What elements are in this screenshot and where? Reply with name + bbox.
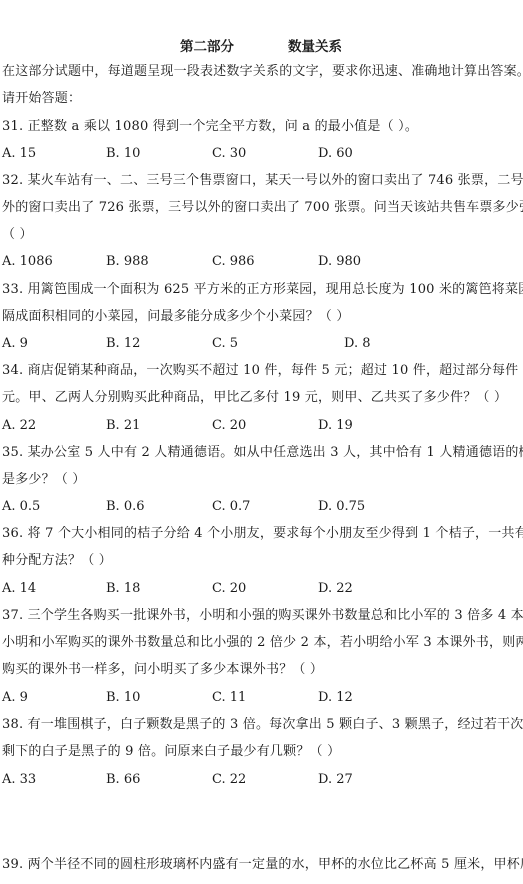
option-b: B. 66 xyxy=(106,772,140,788)
question-text: 34. 商店促销某种商品，一次购买不超过 10 件，每件 5 元；超过 10 件… xyxy=(2,363,523,379)
option-a: A. 33 xyxy=(2,772,36,788)
part-label: 第二部分 xyxy=(180,35,234,55)
option-c: C. 30 xyxy=(212,146,246,162)
option-a: A. 1086 xyxy=(2,254,53,270)
option-a: A. 9 xyxy=(2,690,28,706)
option-b: B. 0.6 xyxy=(106,499,145,515)
question-text: 种分配方法？（ ） xyxy=(2,553,523,569)
option-b: B. 18 xyxy=(106,581,140,597)
option-d: D. 8 xyxy=(344,336,371,352)
option-c: C. 0.7 xyxy=(212,499,250,515)
question-text: 32. 某火车站有一、二、三号三个售票窗口，某天一号以外的窗口卖出了 746 张… xyxy=(2,173,523,189)
question-text: 37. 三个学生各购买一批课外书，小明和小强的购买课外书数量总和比小军的 3 倍… xyxy=(2,608,523,624)
question-text: 39. 两个半径不同的圆柱形玻璃杯内盛有一定量的水，甲杯的水位比乙杯高 5 厘米… xyxy=(2,857,523,873)
option-a: A. 14 xyxy=(2,581,36,597)
option-d: D. 19 xyxy=(318,418,353,434)
option-c: C. 22 xyxy=(212,772,246,788)
question-text: 购买的课外书一样多，问小明买了多少本课外书？（ ） xyxy=(2,662,523,678)
option-d: D. 0.75 xyxy=(318,499,365,515)
option-a: A. 9 xyxy=(2,336,28,352)
intro-line: 在这部分试题中，每道题呈现一段表述数字关系的文字，要求你迅速、准确地计算出答案。 xyxy=(2,64,523,80)
option-c: C. 20 xyxy=(212,418,246,434)
question-text: 剩下的白子是黑子的 9 倍。问原来白子最少有几颗？（ ） xyxy=(2,744,523,760)
option-a: A. 22 xyxy=(2,418,36,434)
question-text: 小明和小军购买的课外书数量总和比小强的 2 倍少 2 本，若小明给小军 3 本课… xyxy=(2,635,523,651)
option-c: C. 20 xyxy=(212,581,246,597)
question-text: 36. 将 7 个大小相同的桔子分给 4 个小朋友，要求每个小朋友至少得到 1 … xyxy=(2,526,523,542)
question-text: 隔成面积相同的小菜园，问最多能分成多少个小菜园？（ ） xyxy=(2,309,523,325)
question-text: 外的窗口卖出了 726 张票，三号以外的窗口卖出了 700 张票。问当天该站共售… xyxy=(2,200,523,216)
option-d: D. 22 xyxy=(318,581,353,597)
option-b: B. 10 xyxy=(106,146,140,162)
option-d: D. 980 xyxy=(318,254,361,270)
question-text: 是多少？（ ） xyxy=(2,472,523,488)
option-d: D. 27 xyxy=(318,772,353,788)
option-a: A. 0.5 xyxy=(2,499,40,515)
intro-line: 请开始答题： xyxy=(2,91,523,107)
option-b: B. 21 xyxy=(106,418,140,434)
option-b: B. 10 xyxy=(106,690,140,706)
section-label: 数量关系 xyxy=(288,35,342,55)
question-text: 35. 某办公室 5 人中有 2 人精通德语。如从中任意选出 3 人，其中恰有 … xyxy=(2,445,523,461)
question-text: 33. 用篱笆围成一个面积为 625 平方米的正方形菜园，现用总长度为 100 … xyxy=(2,282,523,298)
option-d: D. 12 xyxy=(318,690,353,706)
option-a: A. 15 xyxy=(2,146,36,162)
option-d: D. 60 xyxy=(318,146,353,162)
option-b: B. 12 xyxy=(106,336,140,352)
question-text: 31. 正整数 a 乘以 1080 得到一个完全平方数，问 a 的最小值是（ ）… xyxy=(2,119,523,135)
option-b: B. 988 xyxy=(106,254,149,270)
question-text: 38. 有一堆围棋子，白子颗数是黑子的 3 倍。每次拿出 5 颗白子、3 颗黑子… xyxy=(2,717,523,733)
option-c: C. 5 xyxy=(212,336,238,352)
question-text: （ ） xyxy=(2,227,523,243)
option-c: C. 11 xyxy=(212,690,246,706)
option-c: C. 986 xyxy=(212,254,255,270)
question-text: 元。甲、乙两人分别购买此种商品，甲比乙多付 19 元，则甲、乙共买了多少件？（ … xyxy=(2,390,523,406)
